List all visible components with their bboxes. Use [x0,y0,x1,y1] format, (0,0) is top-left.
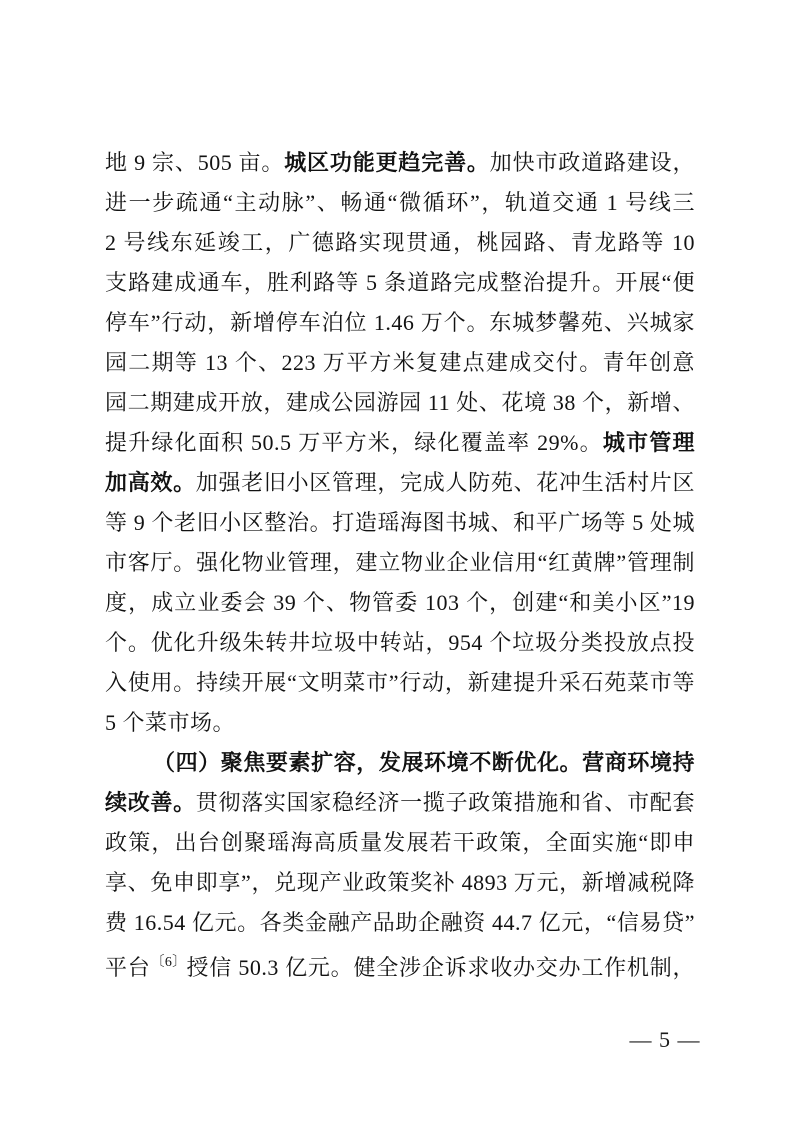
text-line: 提升绿化面积 50.5 万平方米，绿化覆盖率 29%。城市管理更 [105,423,695,463]
text-run: 停车”行动，新增停车泊位 1.46 万个。东城梦馨苑、兴城家 [105,310,695,335]
text-run: 市客厅。强化物业管理，建立物业企业信用“红黄牌”管理制 [105,550,695,575]
page-number: — 5 — [600,1024,730,1056]
bold-text-run: 续改善。 [105,790,196,815]
text-run: 度，成立业委会 39 个、物管委 103 个，创建“和美小区”19 [105,590,695,615]
text-line: 市客厅。强化物业管理，建立物业企业信用“红黄牌”管理制 [105,543,695,583]
text-run: 享、免申即享”，兑现产业政策奖补 4893 万元，新增减税降 [105,870,695,895]
text-run: 2 号线东延竣工，广德路实现贯通，桃园路、青龙路等 10 条 [105,230,695,263]
text-line: 加高效。加强老旧小区管理，完成人防苑、花冲生活村片区 [105,463,695,503]
text-line: 2 号线东延竣工，广德路实现贯通，桃园路、青龙路等 10 条 [105,223,695,263]
text-run: 授信 50.3 亿元。健全涉企诉求收办交办工作机制， [186,955,695,980]
text-run: 支路建成通车，胜利路等 5 条道路完成整治提升。开展“便民 [105,270,695,303]
text-run: 进一步疏通“主动脉”、畅通“微循环”，轨道交通 1 号线三期、 [105,190,695,223]
text-run: 园二期等 13 个、223 万平方米复建点建成交付。青年创意田 [105,350,695,383]
bold-text-run: （四）聚焦要素扩容，发展环境不断优化。营商环境持 [153,750,695,775]
text-run: 等 9 个老旧小区整治。打造瑶海图书城、和平广场等 5 处城 [105,510,695,535]
text-run: 加强老旧小区管理，完成人防苑、花冲生活村片区 [196,470,695,495]
text-line: 园二期等 13 个、223 万平方米复建点建成交付。青年创意田 [105,343,695,383]
text-line: 进一步疏通“主动脉”、畅通“微循环”，轨道交通 1 号线三期、 [105,183,695,223]
text-line: 支路建成通车，胜利路等 5 条道路完成整治提升。开展“便民 [105,263,695,303]
footnote-marker: 〔6〕 [151,955,187,970]
text-line: 地 9 宗、505 亩。城区功能更趋完善。加快市政道路建设， [105,143,695,183]
text-line: 5 个菜市场。 [105,703,695,743]
bold-text-run: 城区功能更趋完善。 [284,150,490,175]
text-line: 平台〔6〕授信 50.3 亿元。健全涉企诉求收办交办工作机制， [105,943,695,983]
text-run: 5 个菜市场。 [105,710,235,735]
text-line: 个。优化升级朱转井垃圾中转站，954 个垃圾分类投放点投 [105,623,695,663]
text-run: 平台 [105,955,151,980]
text-line: 费 16.54 亿元。各类金融产品助企融资 44.7 亿元，“信易贷” [105,903,695,943]
text-line: 园二期建成开放，建成公园游园 11 处、花境 38 个，新增、 [105,383,695,423]
text-run: 费 16.54 亿元。各类金融产品助企融资 44.7 亿元，“信易贷” [105,910,695,935]
text-line: 停车”行动，新增停车泊位 1.46 万个。东城梦馨苑、兴城家 [105,303,695,343]
text-run: 贯彻落实国家稳经济一揽子政策措施和省、市配套 [196,790,695,815]
document-page: 地 9 宗、505 亩。城区功能更趋完善。加快市政道路建设，进一步疏通“主动脉”… [0,0,793,1122]
text-line: 度，成立业委会 39 个、物管委 103 个，创建“和美小区”19 [105,583,695,623]
text-line: 政策，出台创聚瑶海高质量发展若干政策，全面实施“即申即 [105,823,695,863]
text-run: 政策，出台创聚瑶海高质量发展若干政策，全面实施“即申即 [105,830,695,863]
text-run: 提升绿化面积 50.5 万平方米，绿化覆盖率 29%。 [105,430,603,455]
text-run: 地 9 宗、505 亩。 [105,150,284,175]
text-line: 续改善。贯彻落实国家稳经济一揽子政策措施和省、市配套 [105,783,695,823]
body-text: 地 9 宗、505 亩。城区功能更趋完善。加快市政道路建设，进一步疏通“主动脉”… [105,143,695,983]
text-run: 加快市政道路建设， [490,150,695,175]
text-run: 入使用。持续开展“文明菜市”行动，新建提升采石苑菜市等 [105,670,695,695]
text-run: 园二期建成开放，建成公园游园 11 处、花境 38 个，新增、 [105,390,695,415]
text-line: （四）聚焦要素扩容，发展环境不断优化。营商环境持 [105,743,695,783]
bold-text-run: 加高效。 [105,470,196,495]
text-run: 个。优化升级朱转井垃圾中转站，954 个垃圾分类投放点投 [105,630,695,655]
text-line: 等 9 个老旧小区整治。打造瑶海图书城、和平广场等 5 处城 [105,503,695,543]
text-line: 享、免申即享”，兑现产业政策奖补 4893 万元，新增减税降 [105,863,695,903]
text-line: 入使用。持续开展“文明菜市”行动，新建提升采石苑菜市等 [105,663,695,703]
